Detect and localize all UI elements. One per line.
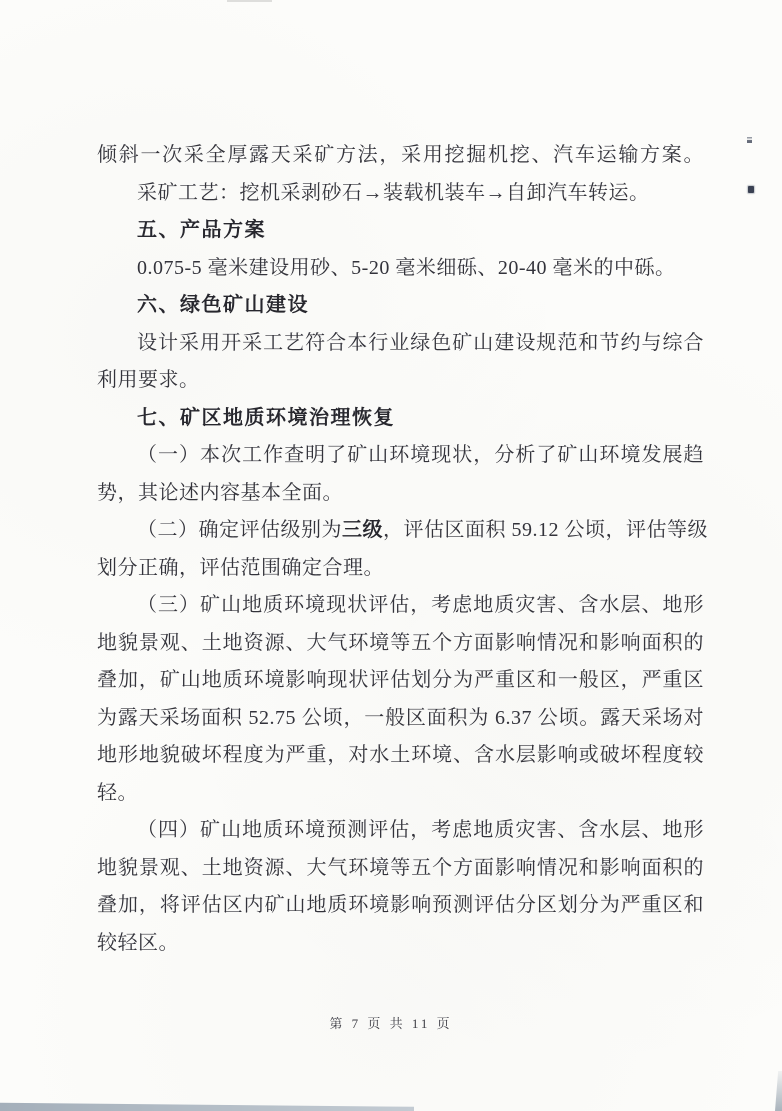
heading-section-5-product-plan: 五、产品方案	[97, 212, 704, 250]
heading-section-7-geo-environment: 七、矿区地质环境治理恢复	[97, 400, 704, 438]
item-4-line2: 地貌景观、土地资源、大气环境等五个方面影响情况和影响面积的	[97, 850, 704, 888]
document-body: 倾斜一次采全厚露天采矿方法，采用挖掘机挖、汽车运输方案。 采矿工艺：挖机采剥砂石…	[97, 137, 704, 962]
item-4-line3: 叠加，将评估区内矿山地质环境影响预测评估分区划分为严重区和	[97, 887, 704, 925]
item-3-line5: 地形地貌破坏程度为严重，对水土环境、含水层影响或破坏程度较	[97, 737, 704, 775]
paragraph-green-mine-line1: 设计采用开采工艺符合本行业绿色矿山建设规范和节约与综合	[97, 325, 704, 363]
paragraph-green-mine-line2: 利用要求。	[97, 362, 704, 400]
item-3-line4: 为露天采场面积 52.75 公顷，一般区面积为 6.37 公顷。露天采场对	[97, 700, 704, 738]
item-2-grade-emphasis: 三级	[342, 519, 383, 541]
item-4-line1: （四）矿山地质环境预测评估，考虑地质灾害、含水层、地形	[97, 812, 704, 850]
item-2-line2: 划分正确，评估范围确定合理。	[97, 550, 704, 588]
paragraph-mining-process: 采矿工艺：挖机采剥砂石→装载机装车→自卸汽车转运。	[97, 175, 704, 213]
item-1-line2: 势，其论述内容基本全面。	[97, 475, 704, 513]
item-3-line2: 地貌景观、土地资源、大气环境等五个方面影响情况和影响面积的	[97, 625, 704, 663]
scan-top-edge-smudge	[227, 0, 272, 2]
item-3-line1: （三）矿山地质环境现状评估，考虑地质灾害、含水层、地形	[97, 587, 704, 625]
heading-section-6-green-mine: 六、绿色矿山建设	[97, 287, 704, 325]
paragraph-mining-method-continuation: 倾斜一次采全厚露天采矿方法，采用挖掘机挖、汽车运输方案。	[97, 137, 704, 175]
item-4-line4: 较轻区。	[97, 925, 704, 963]
item-2-line1: （二）确定评估级别为三级，评估区面积 59.12 公顷，评估等级	[97, 512, 704, 550]
scanned-document-page: 倾斜一次采全厚露天采矿方法，采用挖掘机挖、汽车运输方案。 采矿工艺：挖机采剥砂石…	[0, 0, 782, 1111]
scan-corner-shadow	[775, 1071, 782, 1111]
scan-speck-artifact-lower	[748, 186, 754, 193]
paragraph-product-sizes: 0.075-5 毫米建设用砂、5-20 毫米细砾、20-40 毫米的中砾。	[97, 250, 704, 288]
item-2-line1-pre: （二）确定评估级别为	[137, 519, 342, 541]
item-3-line3: 叠加，矿山地质环境影响现状评估划分为严重区和一般区，严重区	[97, 662, 704, 700]
scan-speck-artifact-upper	[747, 137, 752, 143]
item-3-line6: 轻。	[97, 775, 704, 813]
item-1-line1: （一）本次工作查明了矿山环境现状，分析了矿山环境发展趋	[97, 437, 704, 475]
page-number-footer: 第 7 页 共 11 页	[0, 1013, 782, 1032]
scan-bottom-edge-shadow	[0, 1101, 414, 1111]
item-2-line1-post: ，评估区面积 59.12 公顷，评估等级	[383, 519, 708, 541]
